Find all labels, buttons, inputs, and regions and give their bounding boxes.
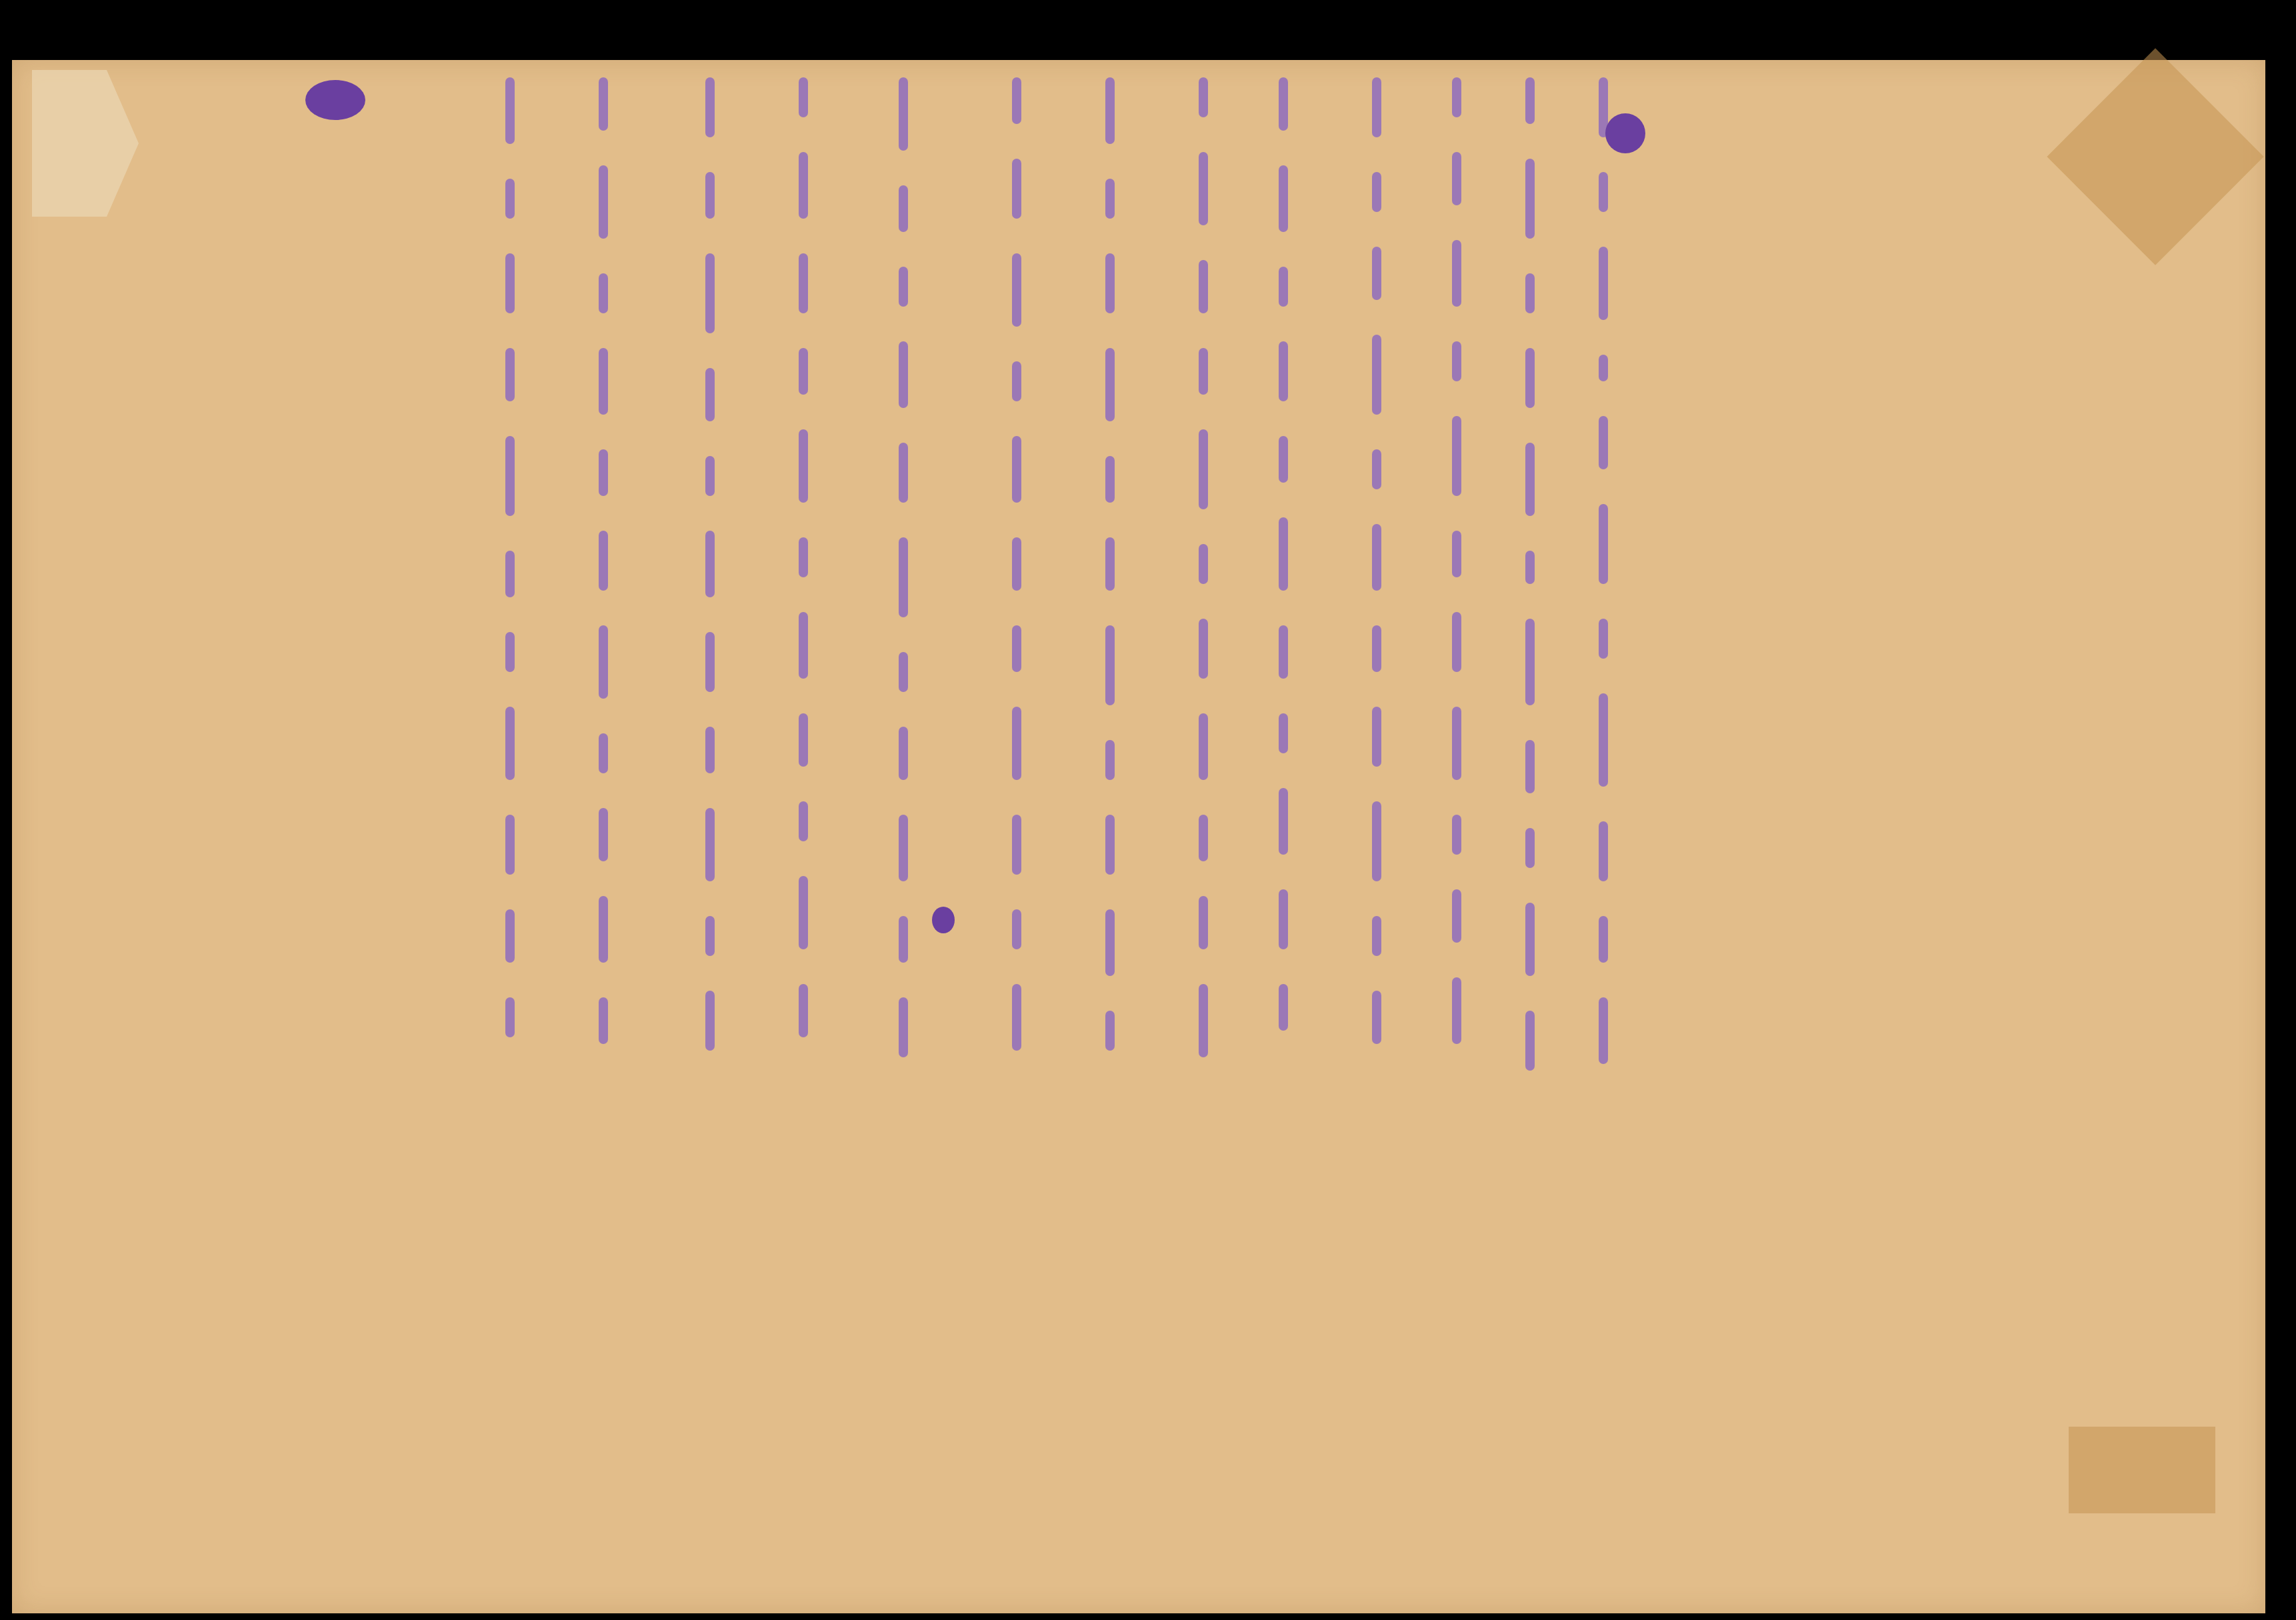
ink-stroke <box>1372 247 1381 300</box>
ink-stroke <box>705 991 715 1051</box>
handwritten-line <box>1525 60 1535 1613</box>
ink-stroke <box>705 916 715 956</box>
ink-stroke <box>1525 348 1535 408</box>
ink-stroke <box>1372 916 1381 956</box>
ink-stroke <box>1599 172 1608 212</box>
ink-stroke <box>1012 77 1021 124</box>
ink-stroke <box>1199 348 1208 395</box>
ink-stroke <box>1012 253 1021 327</box>
ink-stroke <box>1452 612 1461 672</box>
ink-stroke <box>899 537 908 617</box>
ink-stroke <box>1105 456 1115 503</box>
ink-stroke <box>899 997 908 1057</box>
handwritten-line <box>1279 60 1288 1613</box>
ink-stroke <box>1105 77 1115 144</box>
hinge-mark-bottom-right <box>2069 1427 2215 1513</box>
ink-stroke <box>599 449 608 496</box>
ink-stroke <box>505 348 515 401</box>
ink-stroke <box>1012 707 1021 780</box>
postcard <box>12 60 2265 1613</box>
handwritten-line <box>1599 60 1608 1613</box>
ink-stroke <box>1452 77 1461 117</box>
ink-stroke <box>1199 619 1208 679</box>
ink-stroke <box>705 172 715 219</box>
ink-stroke <box>1372 707 1381 767</box>
ink-stroke <box>705 368 715 421</box>
handwritten-line <box>705 60 715 1613</box>
ink-stroke <box>1525 77 1535 124</box>
ink-stroke <box>1452 707 1461 780</box>
ink-stroke <box>1452 416 1461 496</box>
ink-stroke <box>1525 159 1535 239</box>
ink-stroke <box>1105 625 1115 705</box>
ink-stroke <box>1279 889 1288 949</box>
handwritten-line <box>1372 60 1381 1613</box>
ink-stroke <box>1599 997 1608 1064</box>
ink-stroke <box>1525 903 1535 976</box>
ink-stroke <box>899 341 908 408</box>
ink-stroke <box>799 537 808 577</box>
ink-stroke <box>799 348 808 395</box>
ink-stroke <box>1452 531 1461 577</box>
ink-stroke <box>1525 740 1535 793</box>
ink-stroke <box>1279 713 1288 753</box>
ink-stroke <box>1199 815 1208 861</box>
ink-stroke <box>505 997 515 1037</box>
ink-stroke <box>599 808 608 861</box>
ink-stroke <box>1199 896 1208 949</box>
ink-stroke <box>705 727 715 773</box>
ink-stroke <box>1279 517 1288 591</box>
ink-stroke <box>799 984 808 1037</box>
ink-stroke <box>505 909 515 963</box>
ink-stroke <box>1012 361 1021 401</box>
ink-stroke <box>1452 889 1461 943</box>
ink-stroke <box>599 77 608 131</box>
ink-stroke <box>899 443 908 503</box>
ink-stroke <box>599 273 608 313</box>
handwritten-line <box>1105 60 1115 1613</box>
ink-stroke <box>1525 1011 1535 1071</box>
ink-stroke <box>1199 77 1208 117</box>
ink-stroke <box>1372 335 1381 415</box>
ink-stroke <box>1452 240 1461 307</box>
ink-stroke <box>1452 977 1461 1044</box>
ink-stroke <box>1525 619 1535 705</box>
ink-blot <box>1605 113 1645 153</box>
ink-stroke <box>1279 77 1288 131</box>
ink-stroke <box>1012 815 1021 875</box>
ink-stroke <box>1012 984 1021 1051</box>
ink-stroke <box>1279 436 1288 483</box>
ink-stroke <box>1452 341 1461 381</box>
ink-stroke <box>1199 260 1208 313</box>
ink-stroke <box>1279 341 1288 401</box>
ink-stroke <box>799 253 808 313</box>
ink-stroke <box>599 997 608 1044</box>
ink-stroke <box>799 429 808 503</box>
ink-stroke <box>599 896 608 963</box>
ink-stroke <box>1452 152 1461 205</box>
ink-stroke <box>1452 815 1461 855</box>
ink-stroke <box>505 179 515 219</box>
ink-stroke <box>899 916 908 963</box>
ink-stroke <box>705 253 715 333</box>
ink-stroke <box>1012 436 1021 503</box>
ink-stroke <box>1599 619 1608 659</box>
ink-stroke <box>1012 909 1021 949</box>
ink-stroke <box>1599 504 1608 584</box>
handwritten-line <box>1012 60 1021 1613</box>
handwritten-line <box>505 60 515 1613</box>
ink-stroke <box>705 77 715 137</box>
ink-stroke <box>899 652 908 692</box>
ink-stroke <box>1279 267 1288 307</box>
ink-stroke <box>1105 253 1115 313</box>
ink-stroke <box>1105 740 1115 780</box>
ink-stroke <box>799 77 808 117</box>
hinge-mark-top-left <box>32 70 139 217</box>
ink-stroke <box>799 612 808 679</box>
ink-stroke <box>1012 159 1021 219</box>
ink-stroke <box>899 77 908 151</box>
ink-stroke <box>1199 152 1208 225</box>
ink-stroke <box>899 185 908 232</box>
ink-stroke <box>705 456 715 496</box>
ink-stroke <box>799 713 808 767</box>
ink-stroke <box>505 632 515 672</box>
ink-stroke <box>599 348 608 415</box>
ink-blot <box>932 907 955 933</box>
ink-stroke <box>1012 537 1021 591</box>
ink-stroke <box>505 815 515 875</box>
hinge-mark-top-right <box>2047 48 2263 265</box>
ink-stroke <box>899 815 908 881</box>
ink-stroke <box>505 707 515 780</box>
ink-stroke <box>1372 991 1381 1044</box>
handwritten-line <box>1452 60 1461 1613</box>
ink-stroke <box>1372 801 1381 881</box>
ink-stroke <box>1372 77 1381 137</box>
ink-stroke <box>1599 355 1608 381</box>
ink-stroke <box>1279 788 1288 855</box>
ink-stroke <box>1599 693 1608 787</box>
ink-stroke <box>1199 429 1208 509</box>
ink-stroke <box>1279 165 1288 232</box>
ink-stroke <box>1199 713 1208 780</box>
ink-stroke <box>1599 821 1608 881</box>
ink-stroke <box>1279 984 1288 1031</box>
ink-stroke <box>599 625 608 699</box>
ink-stroke <box>599 531 608 591</box>
ink-stroke <box>1105 1011 1115 1051</box>
ink-stroke <box>1599 916 1608 963</box>
ink-stroke <box>505 551 515 597</box>
ink-stroke <box>1105 537 1115 591</box>
ink-stroke <box>1525 273 1535 313</box>
ink-stroke <box>1105 909 1115 976</box>
ink-stroke <box>705 808 715 881</box>
handwritten-line <box>1199 60 1208 1613</box>
ink-stroke <box>1199 984 1208 1057</box>
ink-stroke <box>799 876 808 949</box>
ink-stroke <box>1372 524 1381 591</box>
handwritten-line <box>799 60 808 1613</box>
ink-stroke <box>1105 179 1115 219</box>
ink-stroke <box>1105 348 1115 421</box>
ink-stroke <box>599 733 608 773</box>
ink-stroke <box>705 531 715 597</box>
ink-stroke <box>1372 625 1381 672</box>
ink-stroke <box>1012 625 1021 672</box>
ink-stroke <box>1525 443 1535 516</box>
ink-stroke <box>1199 544 1208 584</box>
ink-blot <box>305 80 365 120</box>
ink-stroke <box>1372 449 1381 489</box>
ink-stroke <box>1599 416 1608 469</box>
ink-stroke <box>505 436 515 516</box>
handwritten-line <box>599 60 608 1613</box>
ink-stroke <box>505 77 515 144</box>
ink-stroke <box>799 152 808 219</box>
ink-stroke <box>1105 815 1115 875</box>
handwritten-line <box>899 60 908 1613</box>
ink-stroke <box>1599 247 1608 320</box>
ink-stroke <box>799 801 808 841</box>
ink-stroke <box>1279 625 1288 679</box>
ink-stroke <box>899 727 908 780</box>
ink-stroke <box>1525 828 1535 868</box>
ink-stroke <box>705 632 715 692</box>
ink-stroke <box>1372 172 1381 212</box>
ink-stroke <box>505 253 515 313</box>
ink-stroke <box>1525 551 1535 584</box>
ink-stroke <box>599 165 608 239</box>
ink-stroke <box>899 267 908 307</box>
